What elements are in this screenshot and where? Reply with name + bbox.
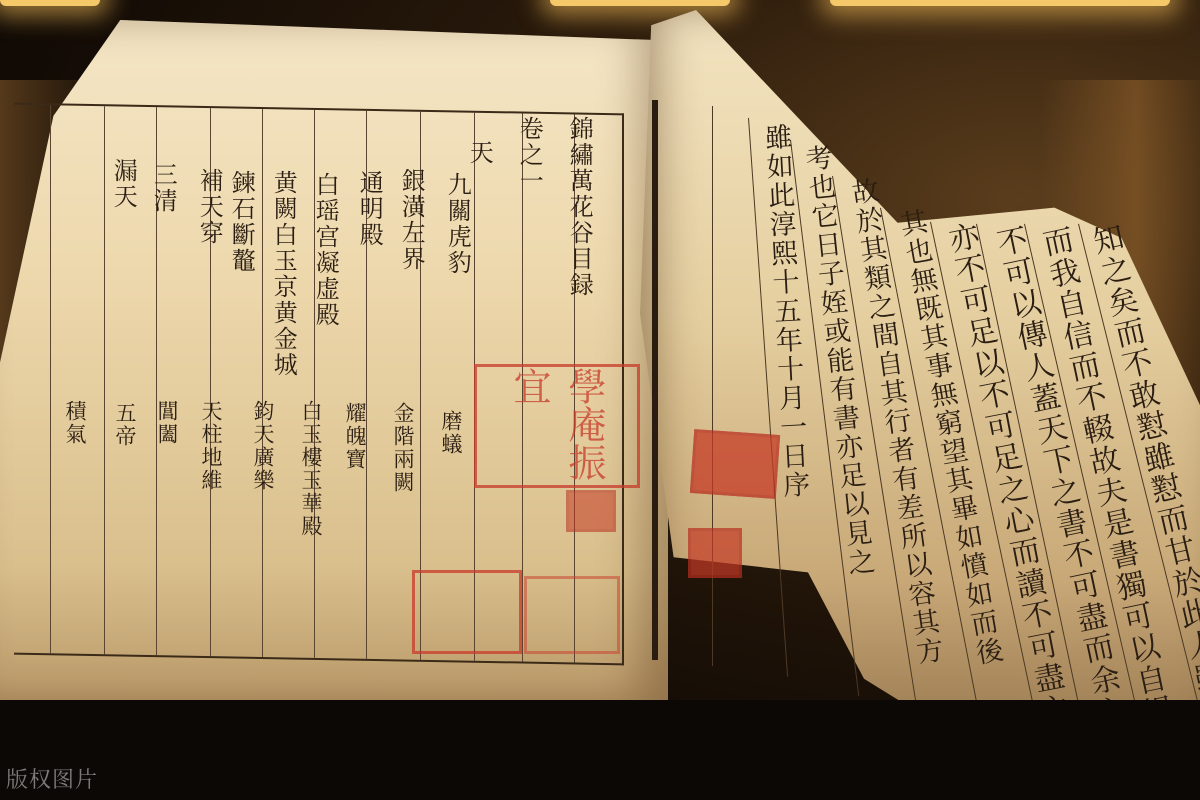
toc-entry: 閶闔 xyxy=(156,400,178,446)
collector-seal-red xyxy=(688,528,742,578)
toc-entry: 白玉樓玉華殿 xyxy=(300,400,322,538)
toc-entry: 九關虎豹 xyxy=(444,172,469,276)
book-title: 錦繡萬花谷目録 xyxy=(566,116,591,298)
toc-entry: 黄闕白玉京黄金城 xyxy=(270,170,295,378)
toc-entry: 三清 xyxy=(150,162,175,214)
book-spine xyxy=(652,100,658,660)
column-rule xyxy=(712,106,713,666)
collector-seal: 學庵振宜 xyxy=(474,364,640,488)
background-light xyxy=(0,0,100,6)
toc-entry: 白瑶宫凝虚殿 xyxy=(312,172,337,328)
toc-entry: 鍊石斷鼇 xyxy=(228,170,253,274)
volume-label: 卷之一 xyxy=(516,116,541,194)
toc-entry: 磨蟻 xyxy=(440,410,462,456)
collector-seal-small xyxy=(566,490,616,532)
copyright-watermark: 版权图片 xyxy=(6,763,98,794)
column-rule xyxy=(262,109,263,657)
toc-entry: 補天穿 xyxy=(196,168,221,246)
toc-entry: 通明殿 xyxy=(356,170,381,248)
background-light xyxy=(830,0,1170,6)
section-heading: 天 xyxy=(466,140,491,166)
collector-seal-red xyxy=(690,429,780,499)
toc-entry: 耀魄寶 xyxy=(344,402,366,471)
toc-entry: 積氣 xyxy=(64,400,86,446)
foreground-shadow xyxy=(0,700,1200,800)
toc-entry: 天柱地維 xyxy=(200,400,222,492)
toc-entry: 銀潢左界 xyxy=(398,168,423,272)
toc-entry: 五帝 xyxy=(114,402,136,448)
collector-seal xyxy=(412,570,522,654)
toc-entry: 漏天 xyxy=(110,158,135,210)
column-rule xyxy=(104,106,105,654)
toc-entry: 鈞天廣樂 xyxy=(252,400,274,492)
toc-entry: 金階兩闕 xyxy=(392,402,414,494)
collector-seal xyxy=(524,576,620,654)
column-rule xyxy=(50,105,51,653)
background-light xyxy=(550,0,730,6)
